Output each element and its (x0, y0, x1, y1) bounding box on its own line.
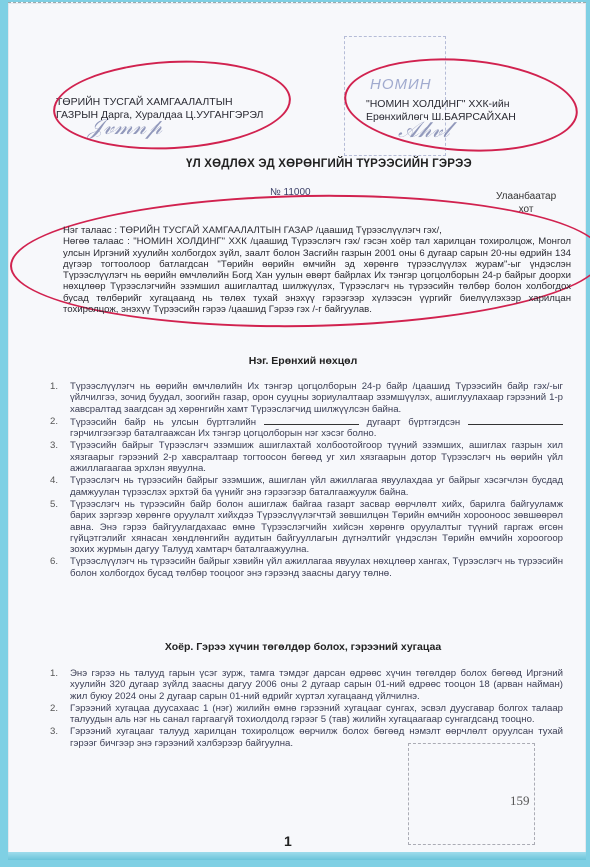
list-item: 2.Гэрээний хугацаа дуусахаас 1 (нэг) жил… (38, 703, 563, 726)
item-text: Түрээслэгч нь түрээсийн байр болон ашигл… (70, 499, 563, 555)
list-item: 4.Түрээслэгч нь түрээсийн байрыг эзэмшиж… (38, 475, 563, 498)
item-text: Энэ гэрээ нь талууд гарын үсэг зурж, там… (70, 668, 563, 702)
list-item: 5.Түрээслэгч нь түрээсийн байр болон аши… (38, 499, 563, 555)
page-number: 1 (284, 833, 292, 849)
section1-list: 1.Түрээслүүлэгч нь өөрийн өмчлөлийн Их т… (38, 381, 563, 580)
section1-heading: Нэг. Ерөнхий нөхцөл (8, 355, 590, 367)
annotation-oval-left (51, 55, 293, 155)
list-item: 2.Түрээсийн байр нь улсын бүртгэлийн дуг… (38, 416, 563, 440)
section2-list: 1.Энэ гэрээ нь талууд гарын үсэг зурж, т… (38, 668, 563, 750)
list-item: 6.Түрээслүүлэгч нь түрээсийн байрыг хэви… (38, 556, 563, 579)
blank-field (468, 416, 563, 425)
item-text: Түрээслүүлэгч нь өөрийн өмчлөлийн Их тэн… (70, 381, 563, 415)
item-text-after: гэрчилгээгээр баталгаажсан Их тэнгэр цог… (70, 428, 376, 439)
item-number: 2. (38, 416, 70, 440)
document-title: ҮЛ ХӨДЛӨХ ЭД ХӨРӨНГИЙН ТҮРЭЭСИЙН ГЭРЭЭ (186, 158, 472, 170)
item-text: Түрээсийн байрыг Түрээслэгч эзэмшиж ашиг… (70, 440, 563, 474)
list-item: 1.Энэ гэрээ нь талууд гарын үсэг зурж, т… (38, 668, 563, 702)
item-text: Түрээсийн байр нь улсын бүртгэлийн дугаа… (70, 416, 563, 440)
item-text-middle: дугаарт бүртгэгдсэн (367, 417, 461, 428)
item-number: 1. (38, 668, 70, 702)
item-number: 6. (38, 556, 70, 579)
blank-field (264, 416, 359, 425)
item-number: 3. (38, 440, 70, 474)
item-number: 3. (38, 726, 70, 749)
item-number: 5. (38, 499, 70, 555)
list-item: 1.Түрээслүүлэгч нь өөрийн өмчлөлийн Их т… (38, 381, 563, 415)
item-number: 4. (38, 475, 70, 498)
scan-edge (8, 852, 586, 860)
item-text-before: Түрээсийн байр нь улсын бүртгэлийн (70, 417, 256, 428)
item-number: 1. (38, 381, 70, 415)
item-text: Гэрээний хугацаа дуусахаас 1 (нэг) жилий… (70, 703, 563, 726)
item-number: 2. (38, 703, 70, 726)
list-item: 3.Түрээсийн байрыг Түрээслэгч эзэмшиж аш… (38, 440, 563, 474)
intro-party1: Нэг талаас : ТӨРИЙН ТУСГАЙ ХАМГААЛАЛТЫН … (43, 225, 571, 236)
bottom-stamp-number: 159 (510, 793, 530, 809)
city-name: Улаанбаатар (496, 190, 556, 203)
item-text: Түрээслэгч нь түрээсийн байрыг эзэмшиж, … (70, 475, 563, 498)
item-text: Түрээслүүлэгч нь түрээсийн байрыг хэвийн… (70, 556, 563, 579)
section2-heading: Хоёр. Гэрээ хүчин төгөлдөр болох, гэрээн… (8, 641, 590, 653)
intro-paragraph: Нэг талаас : ТӨРИЙН ТУСГАЙ ХАМГААЛАЛТЫН … (43, 225, 571, 315)
intro-party2: Нөгөө талаас : "НОМИН ХОЛДИНГ" ХХК /цааш… (43, 236, 571, 315)
document-page: НОМИН 𝒥𝓋𝓂𝓃𝓅 𝒜𝒽𝓋𝓁 ТӨРИЙН ТУСГАЙ ХАМГААЛАЛ… (8, 2, 586, 860)
